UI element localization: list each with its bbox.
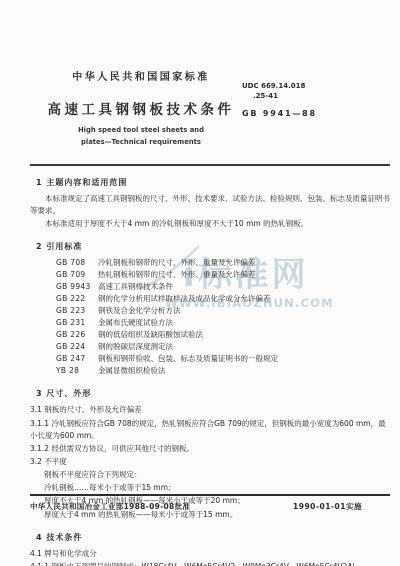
flatness-intro: 钢板不平度应符合下列规定：	[30, 469, 390, 481]
reference-title: 钢板和钢带验收、包装、标志及质量证明书的一般规定	[98, 353, 390, 365]
reference-list: GB 708 冷轧钢板和钢带的尺寸、外形、重量及允许偏差 GB 709 热轧钢板…	[30, 257, 390, 377]
flatness-rule: 冷轧钢板……每米小于或等于15 mm；	[30, 482, 390, 494]
document-page: i标准网 WWW.IBIAOZHUN.COM 中华人民共和国国家标准 高速工具钢…	[0, 0, 400, 566]
section-technical: 4 技术条件 4.1 牌号和化学成分 4.1.1 钢板由下列牌号的钢制成：W18…	[30, 532, 390, 566]
reference-title: 金属布氏硬度试验方法	[98, 317, 390, 329]
section2-heading: 2 引用标准	[36, 241, 390, 252]
reference-title: 钢的化学分析用试样取样法及成品化学成分允许偏差	[98, 293, 390, 305]
reference-title: 钢铁及合金化学分析方法	[98, 305, 390, 317]
reference-item: GB 224 钢的脱碳层深度测定法	[30, 341, 390, 353]
reference-code: YB 28	[56, 365, 98, 377]
clause-3-1-2: 3.1.2 经供需双方协议，可供应其他尺寸的钢板。	[30, 443, 390, 455]
footer-row: 中华人民共和国冶金工业部1988-09-08批准 1990-01-01实施	[30, 501, 390, 512]
reference-item: GB 708 冷轧钢板和钢带的尺寸、外形、重量及允许偏差	[30, 257, 390, 269]
reference-title: 钢的脱碳层深度测定法	[98, 341, 390, 353]
reference-item: GB 9943 高速工具钢棒技术条件	[30, 281, 390, 293]
reference-code: GB 247	[56, 353, 98, 365]
reference-title: 金属显微组织检验法	[98, 365, 390, 377]
clause-4-1: 4.1 牌号和化学成分	[30, 548, 390, 560]
document-content: 中华人民共和国国家标准 高速工具钢钢板技术条件 High speed tool …	[0, 0, 400, 566]
reference-code: GB 223	[56, 305, 98, 317]
implementation-date: 1990-01-01实施	[293, 501, 390, 512]
reference-item: GB 226 钢的低倍组织及缺陷酸蚀试验法	[30, 329, 390, 341]
reference-title: 钢的低倍组织及缺陷酸蚀试验法	[98, 329, 390, 341]
clause-3-1: 3.1 钢板的尺寸、外形及允许偏差	[30, 404, 390, 416]
document-title-english: High speed tool steel sheets and plates—…	[30, 125, 252, 149]
reference-item: GB 223 钢铁及合金化学分析方法	[30, 305, 390, 317]
reference-item: GB 247 钢板和钢带验收、包装、标志及质量证明书的一般规定	[30, 353, 390, 365]
reference-code: GB 224	[56, 341, 98, 353]
section4-heading: 4 技术条件	[36, 532, 390, 543]
reference-code: GB 708	[56, 257, 98, 269]
reference-title: 热轧钢板和钢带的尺寸、外形、重量及允许偏差	[98, 269, 390, 281]
standard-header: 中华人民共和国国家标准 高速工具钢钢板技术条件 High speed tool …	[30, 68, 390, 158]
clause-3-1-1: 3.1.1 冷轧钢板应符合GB 708的规定，热轧钢板应符合GB 709的规定，…	[30, 418, 390, 442]
reference-code: GB 226	[56, 329, 98, 341]
header-right: UDC 669.14.018 .25-41 GB 9941—88	[242, 81, 317, 118]
reference-item: YB 28 金属显微组织检验法	[30, 365, 390, 377]
national-standard-label: 中华人民共和国国家标准	[30, 68, 252, 83]
reference-item: GB 709 热轧钢板和钢带的尺寸、外形、重量及允许偏差	[30, 269, 390, 281]
reference-code: GB 709	[56, 269, 98, 281]
udc-line1: UDC 669.14.018	[242, 81, 317, 91]
reference-code: GB 222	[56, 293, 98, 305]
title-english-line2: plates—Technical requirements	[30, 137, 252, 149]
udc-line2: .25-41	[242, 91, 317, 101]
approval-statement: 中华人民共和国冶金工业部1988-09-08批准	[30, 501, 190, 512]
reference-code: GB 231	[56, 317, 98, 329]
clause-3-2: 3.2 不平度	[30, 456, 390, 468]
section1-paragraph1: 本标准规定了高速工具钢钢板的尺寸、外形、技术要求、试验方法、检验规则、包装、标志…	[30, 193, 390, 217]
reference-item: GB 222 钢的化学分析用试样取样法及成品化学成分允许偏差	[30, 293, 390, 305]
footer-divider	[30, 494, 390, 496]
reference-title: 高速工具钢棒技术条件	[98, 281, 390, 293]
clause-4-1-1: 4.1.1 钢板由下列牌号的钢制成：W18Cr4V，W6Mo5Cr4V2，W9M…	[30, 561, 390, 566]
header-left: 中华人民共和国国家标准 高速工具钢钢板技术条件 High speed tool …	[30, 68, 252, 149]
section-scope: 1 主题内容和适用范围 本标准规定了高速工具钢钢板的尺寸、外形、技术要求、试验方…	[30, 177, 390, 230]
section-references: 2 引用标准 GB 708 冷轧钢板和钢带的尺寸、外形、重量及允许偏差 GB 7…	[30, 241, 390, 377]
reference-code: GB 9943	[56, 281, 98, 293]
reference-title: 冷轧钢板和钢带的尺寸、外形、重量及允许偏差	[98, 257, 390, 269]
document-title: 高速工具钢钢板技术条件	[30, 98, 252, 118]
section3-heading: 3 尺寸、外形	[36, 388, 390, 399]
udc-code: UDC 669.14.018 .25-41	[242, 81, 317, 101]
document-footer: 中华人民共和国冶金工业部1988-09-08批准 1990-01-01实施	[30, 494, 390, 512]
reference-item: GB 231 金属布氏硬度试验方法	[30, 317, 390, 329]
standard-number: GB 9941—88	[242, 109, 317, 118]
section1-paragraph2: 本标准适用于厚度不大于4 mm 的冷轧钢板和厚度不大于10 mm 的热轧钢板。	[30, 218, 390, 230]
header-divider	[30, 164, 390, 166]
title-english-line1: High speed tool steel sheets and	[30, 125, 252, 137]
section1-heading: 1 主题内容和适用范围	[36, 177, 390, 188]
